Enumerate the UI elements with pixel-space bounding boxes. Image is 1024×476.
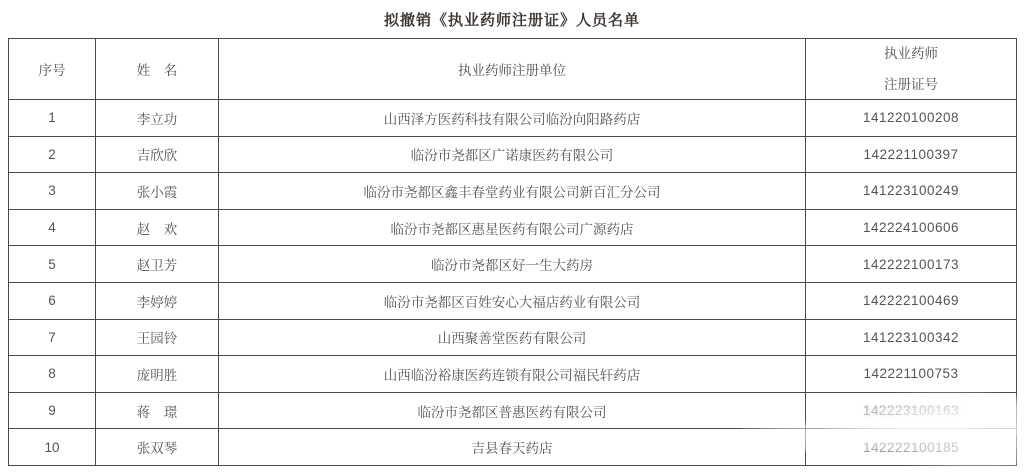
- cell-index: 3: [9, 173, 96, 210]
- cell-name: 蒋 璟: [96, 392, 219, 429]
- pharmacist-roster-table: 序号 姓 名 执业药师注册单位 执业药师 注册证号 1 李立功 山西泽方医药科技…: [8, 38, 1017, 466]
- cell-cert-number: 141223100342: [806, 319, 1017, 356]
- cell-unit: 临汾市尧都区普惠医药有限公司: [219, 392, 806, 429]
- cell-unit: 山西临汾裕康医药连锁有限公司福民轩药店: [219, 356, 806, 393]
- table-row: 4 赵 欢 临汾市尧都区惠星医药有限公司广源药店 142224100606: [9, 209, 1017, 246]
- cell-unit: 临汾市尧都区惠星医药有限公司广源药店: [219, 209, 806, 246]
- document-page: 拟撤销《执业药师注册证》人员名单 序号 姓 名 执业药师注册单位 执业药师 注册…: [0, 0, 1024, 476]
- cell-cert-number: 142221100397: [806, 136, 1017, 173]
- cell-index: 8: [9, 356, 96, 393]
- table-header-row: 序号 姓 名 执业药师注册单位 执业药师 注册证号: [9, 39, 1017, 100]
- header-name: 姓 名: [96, 39, 219, 100]
- cell-unit: 临汾市尧都区好一生大药房: [219, 246, 806, 283]
- cell-name: 庞明胜: [96, 356, 219, 393]
- table-row: 9 蒋 璟 临汾市尧都区普惠医药有限公司 142223100163: [9, 392, 1017, 429]
- header-index: 序号: [9, 39, 96, 100]
- cell-unit: 临汾市尧都区百姓安心大福店药业有限公司: [219, 282, 806, 319]
- cell-cert-number: 142222100173: [806, 246, 1017, 283]
- cell-unit: 吉县春天药店: [219, 429, 806, 466]
- cell-index: 4: [9, 209, 96, 246]
- page-title: 拟撤销《执业药师注册证》人员名单: [0, 9, 1024, 30]
- cell-index: 1: [9, 100, 96, 137]
- cell-unit: 临汾市尧都区广诺康医药有限公司: [219, 136, 806, 173]
- cell-index: 10: [9, 429, 96, 466]
- cell-name: 赵卫芳: [96, 246, 219, 283]
- header-cert-line2: 注册证号: [806, 78, 1016, 92]
- cell-cert-number: 142222100185: [806, 429, 1017, 466]
- header-cert-line1: 执业药师: [806, 47, 1016, 61]
- header-cert-number: 执业药师 注册证号: [806, 39, 1017, 100]
- cell-name: 赵 欢: [96, 209, 219, 246]
- table-row: 7 王园铃 山西聚善堂医药有限公司 141223100342: [9, 319, 1017, 356]
- table-row: 10 张双琴 吉县春天药店 142222100185: [9, 429, 1017, 466]
- table-row: 5 赵卫芳 临汾市尧都区好一生大药房 142222100173: [9, 246, 1017, 283]
- cell-cert-number: 141223100249: [806, 173, 1017, 210]
- cell-name: 张双琴: [96, 429, 219, 466]
- cell-cert-number: 142224100606: [806, 209, 1017, 246]
- table-row: 8 庞明胜 山西临汾裕康医药连锁有限公司福民轩药店 142221100753: [9, 356, 1017, 393]
- cell-cert-number: 141220100208: [806, 100, 1017, 137]
- cell-index: 2: [9, 136, 96, 173]
- table-row: 3 张小霞 临汾市尧都区鑫丰春堂药业有限公司新百汇分公司 14122310024…: [9, 173, 1017, 210]
- cell-name: 李婷婷: [96, 282, 219, 319]
- table-row: 2 吉欣欣 临汾市尧都区广诺康医药有限公司 142221100397: [9, 136, 1017, 173]
- cell-name: 王园铃: [96, 319, 219, 356]
- cell-name: 李立功: [96, 100, 219, 137]
- cell-index: 5: [9, 246, 96, 283]
- cell-name: 吉欣欣: [96, 136, 219, 173]
- cell-index: 6: [9, 282, 96, 319]
- cell-index: 7: [9, 319, 96, 356]
- table-row: 1 李立功 山西泽方医药科技有限公司临汾向阳路药店 141220100208: [9, 100, 1017, 137]
- header-unit: 执业药师注册单位: [219, 39, 806, 100]
- cell-index: 9: [9, 392, 96, 429]
- cell-unit: 山西聚善堂医药有限公司: [219, 319, 806, 356]
- cell-cert-number: 142221100753: [806, 356, 1017, 393]
- cell-unit: 临汾市尧都区鑫丰春堂药业有限公司新百汇分公司: [219, 173, 806, 210]
- cell-name: 张小霞: [96, 173, 219, 210]
- table-row: 6 李婷婷 临汾市尧都区百姓安心大福店药业有限公司 142222100469: [9, 282, 1017, 319]
- cell-unit: 山西泽方医药科技有限公司临汾向阳路药店: [219, 100, 806, 137]
- cell-cert-number: 142223100163: [806, 392, 1017, 429]
- cell-cert-number: 142222100469: [806, 282, 1017, 319]
